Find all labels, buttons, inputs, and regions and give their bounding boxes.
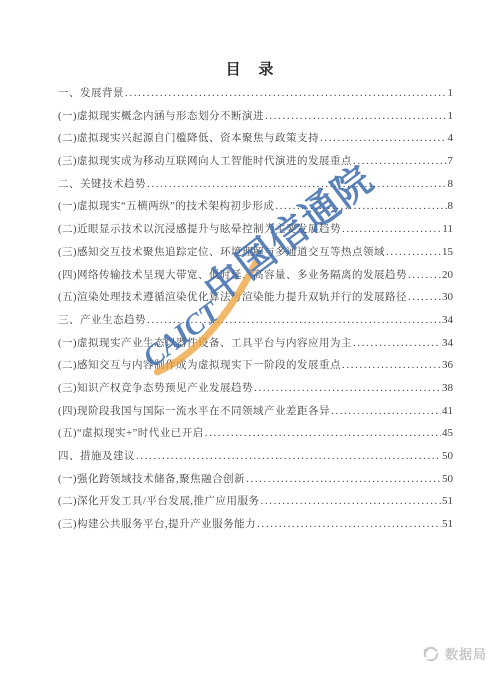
toc-subsection-row: (一)虚拟现实概念内涵与形态划分不断演进....................…: [58, 108, 453, 131]
dot-leader: ........................................…: [408, 291, 441, 303]
toc-entry-label: (四)网络传输技术呈现大带宽、低时延、高容量、多业务隔离的发展趋势: [58, 267, 407, 282]
dot-leader: ........................................…: [246, 473, 441, 485]
toc-page-number: 20: [442, 269, 453, 281]
toc-entry-label: (三)虚拟现实成为移动互联网向人工智能时代演进的发展重点: [58, 153, 352, 168]
toc-entry-label: 四、措施及建议: [58, 448, 135, 463]
toc-subsection-row: (二)深化开发工具/平台发展,推广应用服务...................…: [58, 493, 453, 516]
toc-entry-label: 三、产业生态趋势: [58, 312, 146, 327]
toc-section-row: 一、发展背景..................................…: [58, 85, 453, 108]
toc-page-number: 34: [442, 314, 453, 326]
data-bureau-logo-icon: [421, 644, 440, 663]
toc-subsection-row: (三)感知交互技术聚焦追踪定位、环境理解与多通道交互等热点领域.........…: [58, 244, 453, 267]
toc-page-number: 8: [448, 200, 454, 212]
toc-page-number: 50: [442, 473, 453, 485]
toc-subsection-row: (二)感知交互与内容制作成为虚拟现实下一阶段的发展重点.............…: [58, 357, 453, 380]
dot-leader: ........................................…: [254, 382, 441, 394]
toc-page-number: 36: [442, 359, 453, 371]
toc-subsection-row: (一)虚拟现实产业生态以器件设备、工具平台与内容应用为主............…: [58, 335, 453, 358]
toc-section-row: 四、措施及建议.................................…: [58, 448, 453, 471]
dot-leader: ........................................…: [265, 110, 447, 122]
toc-entry-label: (二)虚拟现实兴起源自门槛降低、资本聚焦与政策支持: [58, 130, 319, 145]
toc-entry-label: (一)虚拟现实概念内涵与形态划分不断演进: [58, 108, 264, 123]
toc-page-number: 34: [442, 337, 453, 349]
dot-leader: ........................................…: [257, 518, 441, 530]
toc-entry-label: (二)近眼显示技术以沉浸感提升与眩晕控制为主要发展趋势: [58, 221, 341, 236]
dot-leader: ........................................…: [353, 155, 447, 167]
toc-entry-label: (四)现阶段我国与国际一流水平在不同领域产业差距各异: [58, 403, 330, 418]
toc-entry-label: 二、关键技术趋势: [58, 176, 146, 191]
toc-page-number: 45: [442, 427, 453, 439]
table-of-contents: 一、发展背景..................................…: [58, 85, 453, 539]
dot-leader: ........................................…: [275, 200, 446, 212]
dot-leader: ........................................…: [125, 87, 447, 99]
toc-entry-label: (三)感知交互技术聚焦追踪定位、环境理解与多通道交互等热点领域: [58, 244, 385, 259]
toc-entry-label: (二)感知交互与内容制作成为虚拟现实下一阶段的发展重点: [58, 357, 341, 372]
dot-leader: ........................................…: [261, 495, 441, 507]
dot-leader: ........................................…: [353, 337, 441, 349]
toc-subsection-row: (二)虚拟现实兴起源自门槛降低、资本聚焦与政策支持...............…: [58, 130, 453, 153]
toc-subsection-row: (三)虚拟现实成为移动互联网向人工智能时代演进的发展重点............…: [58, 153, 453, 176]
toc-entry-label: (五)渲染处理技术遵循渲染优化算法与渲染能力提升双轨并行的发展路径: [58, 289, 407, 304]
dot-leader: ........................................…: [408, 269, 441, 281]
toc-entry-label: (三)构建公共服务平台,提升产业服务能力: [58, 516, 256, 531]
toc-page-number: 30: [442, 291, 453, 303]
toc-section-row: 二、关键技术趋势................................…: [58, 176, 453, 199]
toc-section-row: 三、产业生态趋势................................…: [58, 312, 453, 335]
toc-entry-label: 一、发展背景: [58, 85, 124, 100]
toc-subsection-row: (五)“虚拟现实+”时代业已开启........................…: [58, 425, 453, 448]
dot-leader: ........................................…: [147, 314, 441, 326]
toc-subsection-row: (三)构建公共服务平台,提升产业服务能力....................…: [58, 516, 453, 539]
toc-page-number: 11: [442, 223, 453, 235]
toc-page-number: 38: [442, 382, 453, 394]
toc-entry-label: (五)“虚拟现实+”时代业已开启: [58, 425, 204, 440]
toc-page-number: 1: [448, 87, 454, 99]
toc-entry-label: (一)强化跨领域技术储备,聚焦融合创新: [58, 471, 245, 486]
toc-entry-label: (三)知识产权竞争态势预见产业发展趋势: [58, 380, 253, 395]
dot-leader: ........................................…: [331, 405, 441, 417]
toc-subsection-row: (一)强化跨领域技术储备,聚焦融合创新.....................…: [58, 471, 453, 494]
toc-page-number: 51: [442, 495, 453, 507]
toc-entry-label: (二)深化开发工具/平台发展,推广应用服务: [58, 493, 260, 508]
dot-leader: ........................................…: [205, 427, 441, 439]
footer-brand-label: 数据局: [445, 644, 487, 663]
toc-page-number: 51: [442, 518, 453, 530]
toc-entry-label: (一)虚拟现实“五横两纵”的技术架构初步形成: [58, 198, 274, 213]
dot-leader: ........................................…: [320, 132, 447, 144]
dot-leader: ........................................…: [136, 450, 441, 462]
toc-subsection-row: (四)网络传输技术呈现大带宽、低时延、高容量、多业务隔离的发展趋势.......…: [58, 267, 453, 290]
toc-subsection-row: (三)知识产权竞争态势预见产业发展趋势.....................…: [58, 380, 453, 403]
document-page: 目 录 一、发展背景..............................…: [0, 0, 499, 678]
dot-leader: ........................................…: [342, 223, 441, 235]
toc-page-number: 8: [448, 178, 454, 190]
toc-page-number: 41: [442, 405, 453, 417]
toc-subsection-row: (一)虚拟现实“五横两纵”的技术架构初步形成..................…: [58, 198, 453, 221]
toc-page-number: 7: [448, 155, 454, 167]
toc-entry-label: (一)虚拟现实产业生态以器件设备、工具平台与内容应用为主: [58, 335, 352, 350]
toc-page-number: 15: [442, 246, 453, 258]
toc-subsection-row: (二)近眼显示技术以沉浸感提升与眩晕控制为主要发展趋势.............…: [58, 221, 453, 244]
dot-leader: ........................................…: [342, 359, 441, 371]
toc-page-number: 4: [448, 132, 454, 144]
toc-subsection-row: (四)现阶段我国与国际一流水平在不同领域产业差距各异..............…: [58, 403, 453, 426]
dot-leader: ........................................…: [386, 246, 441, 258]
toc-page-number: 1: [448, 110, 454, 122]
dot-leader: ........................................…: [147, 178, 447, 190]
toc-page-number: 50: [442, 450, 453, 462]
toc-title: 目 录: [0, 58, 499, 79]
footer-brand: 数据局: [421, 644, 487, 663]
toc-subsection-row: (五)渲染处理技术遵循渲染优化算法与渲染能力提升双轨并行的发展路径.......…: [58, 289, 453, 312]
